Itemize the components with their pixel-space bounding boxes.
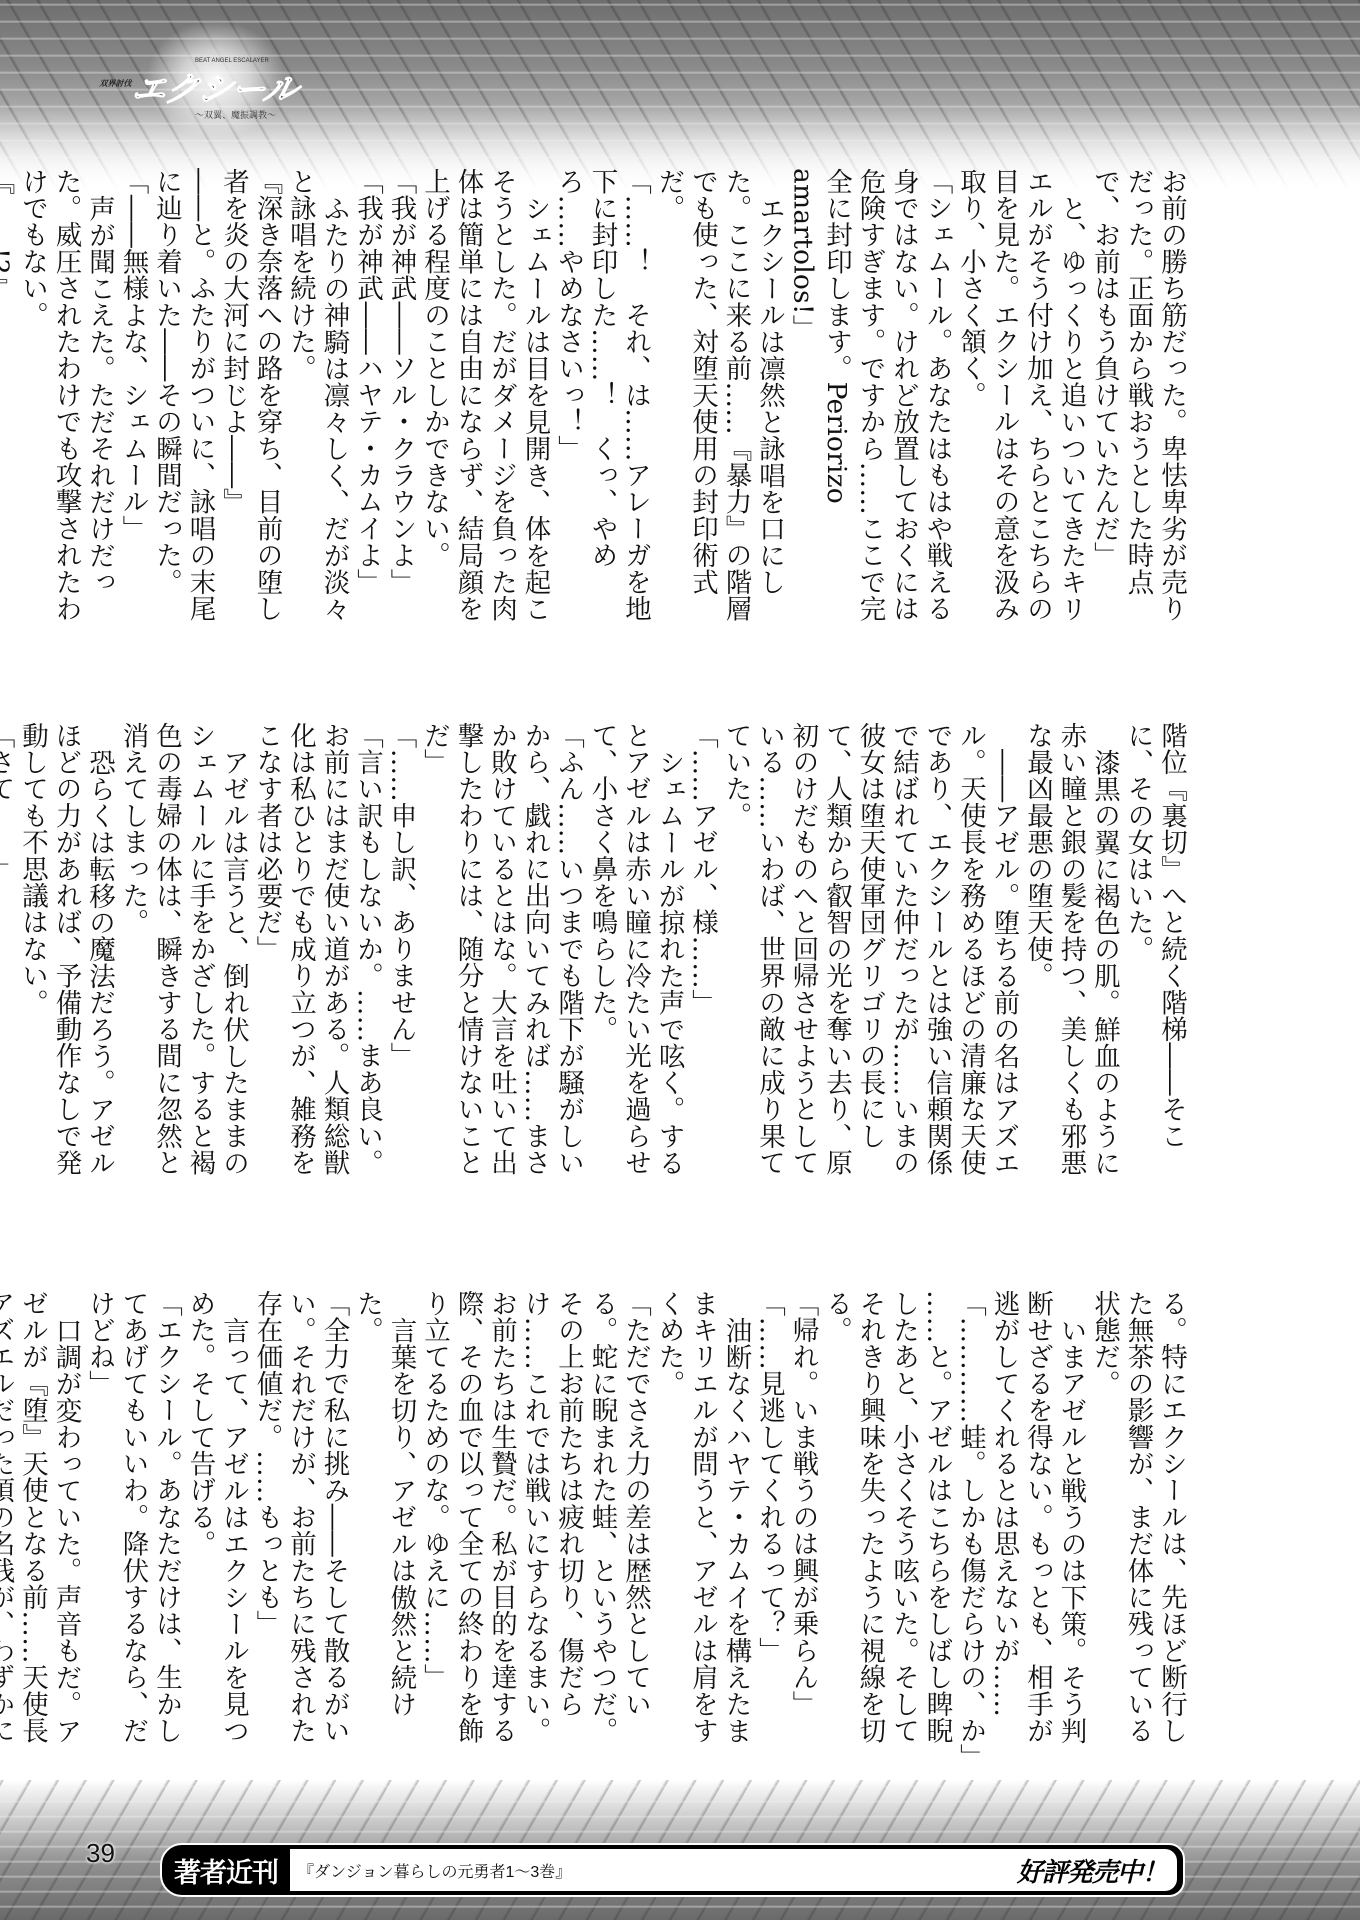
text-tier-top: お前の勝ち筋だった。卑怯卑劣が売りだった。正面から戦おうとした時点で、お前はもう… [58,168,1188,648]
paragraph: 「シェムール。あなたはもはや戦える身ではない。けれど放置しておくには危険すぎます… [786,168,954,648]
banner-sale-status: 好評発売中！ [1017,1852,1167,1889]
paragraph: 漆黒の翼に褐色の肌。鮮血のように赤い瞳と銀の髪を持つ、美しくも邪悪な最凶最悪の堕… [1021,722,1122,1202]
logo-title: エクシール [128,62,303,111]
paragraph: 「さて……」 [0,722,16,1202]
paragraph: 「ただでさえ力の差は歴然としている。蛇に睨まれた蛙、というやつだ。その上お前たち… [418,1290,653,1770]
paragraph: る。特にエクシールは、先ほど断行した無茶の影響が、まだ体に残っている状態だ。 [1088,1290,1189,1770]
paragraph: お前の勝ち筋だった。卑怯卑劣が売りだった。正面から戦おうとした時点で、お前はもう… [1088,168,1189,648]
paragraph: 声が聞こえた。ただそれだけだった。威圧されたわけでも攻撃されたわけでもない。 [16,168,117,648]
paragraph: ……と。アゼルはこちらをしばし睥睨したあと、小さくそう呟いた。そしてそれきり興味… [820,1290,954,1770]
paragraph: 「言い訳もしないか。……まあ良い。お前にはまだ使い道がある。人類総獣化は私ひとり… [250,722,384,1202]
paragraph: 「――無様よな、シェムール」 [116,168,150,648]
text-tier-middle: 階位『裏切』へと続く階梯――そこに、その女はいた。漆黒の翼に褐色の肌。鮮血のよう… [58,722,1188,1202]
banner-book-title: 『ダンジョン暮らしの元勇者1〜3巻』 [298,1859,571,1882]
paragraph: 『深き奈落への路を穿ち、目前の堕し者を炎の大河に封じよ――』 [217,168,284,648]
author-recent-banner: 著者近刊 『ダンジョン暮らしの元勇者1〜3巻』 好評発売中！ [160,1843,1185,1897]
paragraph: と、ゆっくりと追いついてきたキリエルがそう付け加え、ちらとこちらの目を見た。エク… [954,168,1088,648]
paragraph: 「…………蛙。しかも傷だらけの、か」 [954,1290,988,1770]
banner-label: 著者近刊 [162,1845,290,1895]
paragraph: 恐らくは転移の魔法だろう。アゼルほどの力があれば、予備動作なしで発動しても不思議… [16,722,117,1202]
logo-tagline: 〜双翼、魔振調教〜 [195,108,276,121]
page-number: 39 [86,1838,115,1869]
paragraph: 「……見逃してくれるって？」 [753,1290,787,1770]
paragraph: 「我が神武――ソル・クラウンよ」 [384,168,418,648]
paragraph: 「全力で私に挑み――そして散るがいい。それだけが、お前たちに残された存在価値だ。… [250,1290,351,1770]
paragraph: 油断なくハヤテ・カムイを構えたままキリエルが問うと、アゼルは肩をすくめた。 [652,1290,753,1770]
paragraph: 「……アゼル、様……」 [686,722,720,1202]
logo-prefix: 双界討伐 [99,78,134,89]
paragraph: 言葉を切り、アゼルは傲然と続けた。 [351,1290,418,1770]
paragraph: 「……申し訳、ありません」 [384,722,418,1202]
paragraph: ふたりの神騎は凛々しく、だが淡々と詠唱を続けた。 [284,168,351,648]
paragraph: 「帰れ。いま戦うのは興が乗らん」 [786,1290,820,1770]
paragraph: 「我が神武――ハヤテ・カムイよ」 [351,168,385,648]
banner-body: 『ダンジョン暮らしの元勇者1〜3巻』 好評発売中！ [290,1849,1177,1891]
paragraph: 階位『裏切』へと続く階梯――そこに、その女はいた。 [1121,722,1188,1202]
paragraph: エクシールは凛然と詠唱を口にした。ここに来る前……『暴力』の階層でも使った、対堕… [652,168,786,648]
paragraph: 「……！ それ、は……アレーガを地下に封印した……！ くっ、やめろ……やめなさい… [552,168,653,648]
paragraph: 言って、アゼルはエクシールを見つめた。そして告げる。 [183,1290,250,1770]
paragraph: 「ふん……いつまでも階下が騒がしいから、戯れに出向いてみれば……まさか敗けている… [418,722,586,1202]
paragraph: シェムールが掠れた声で呟く。するとアゼルは赤い瞳に冷たい光を過らせて、小さく鼻を… [585,722,686,1202]
paragraph: 「エクシール。あなただけは、生かしてあげてもいいわ。降伏するなら、だけどね」 [83,1290,184,1770]
paragraph: シェムールは目を見開き、体を起こそうとした。だがダメージを負った肉体は簡単には自… [418,168,552,648]
paragraph: 口調が変わっていた。声音もだ。アゼルが『堕』天使となる前……天使長アズエルだった… [0,1290,83,1770]
series-logo: 双界討伐 BEAT ANGEL ESCALAYER エクシール 〜双翼、魔振調教… [85,50,335,120]
paragraph: 『……!?』 [0,168,16,648]
paragraph: ――と。ふたりがついに、詠唱の末尾に辿り着いた――その瞬間だった。 [150,168,217,648]
paragraph: いまアゼルと戦うのは下策。そう判断せざるを得ない。もっとも、相手が逃がしてくれる… [987,1290,1088,1770]
text-tier-bottom: る。特にエクシールは、先ほど断行した無茶の影響が、まだ体に残っている状態だ。いま… [58,1290,1188,1770]
paragraph: アゼルは言うと、倒れ伏したままのシェムールに手をかざした。すると褐色の毒婦の体は… [116,722,250,1202]
paragraph: ――アゼル。堕ちる前の名はアズエル。天使長を務めるほどの清廉な天使であり、エクシ… [719,722,1021,1202]
